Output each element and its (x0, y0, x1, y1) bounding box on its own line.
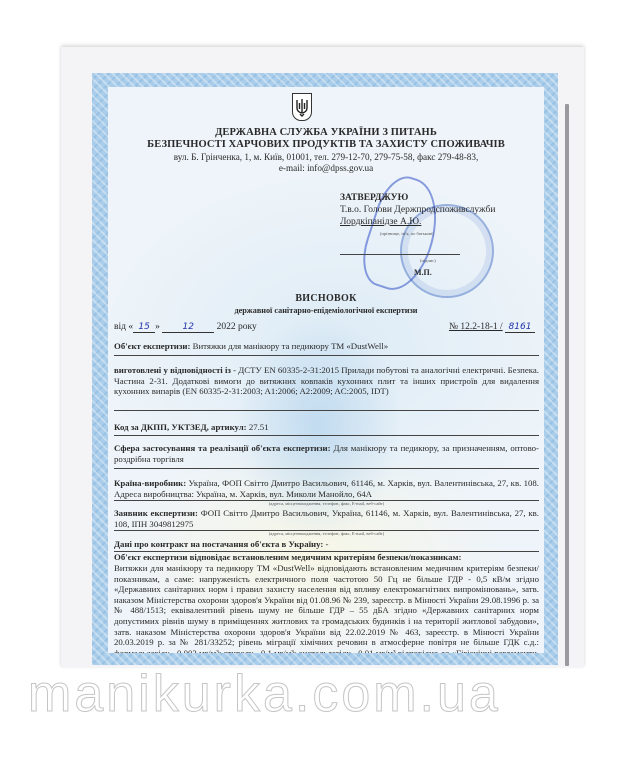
signature-caption: (підпис) (340, 255, 540, 267)
field-applicant: Заявник експертизи: ФОП Світто Дмитро Ва… (114, 508, 539, 529)
document-title: ВИСНОВОК (108, 293, 544, 304)
scope-label: Сфера застосування та реалізації об'єкта… (114, 443, 331, 453)
field-producer: Країна-виробник: Україна, ФОП Світто Дми… (114, 478, 539, 499)
divider (114, 435, 539, 436)
applicant-caption: (адреса, місцезнаходження, телефон, факс… (114, 531, 539, 536)
field-code: Код за ДКПП, УКТЗЕД, артикул: 27.51 (114, 422, 539, 433)
watermark: manikurka.com.ua (28, 668, 501, 720)
field-contract: Дані про контракт на постачання об'єкта … (114, 539, 539, 550)
date-month: 12 (162, 322, 214, 333)
document-number-value: 8161 (505, 322, 535, 333)
document-number-prefix: № 12.2-18-1 / (449, 322, 503, 332)
approval-name-caption: (прізвище, ім'я, по батькові) (340, 228, 540, 240)
org-name-line2: БЕЗПЕЧНОСТІ ХАРЧОВИХ ПРОДУКТІВ ТА ЗАХИСТ… (108, 139, 544, 151)
date-prefix: від « (114, 322, 133, 332)
object-label: Об'єкт експертизи: (114, 341, 190, 351)
org-name-line1: ДЕРЖАВНА СЛУЖБА УКРАЇНИ З ПИТАНЬ (108, 127, 544, 139)
field-object: Об'єкт експертизи: Витяжки для манікюру … (114, 341, 539, 352)
code-label: Код за ДКПП, УКТЗЕД, артикул: (114, 422, 247, 432)
producer-label: Країна-виробник: (114, 478, 186, 488)
document-number: № 12.2-18-1 / 8161 (449, 322, 535, 333)
contract-value: - (326, 539, 329, 549)
field-criteria: Об'єкт експертизи відповідає встановлени… (114, 552, 539, 563)
date-year: 2022 року (217, 322, 257, 332)
contract-label: Дані про контракт на постачання об'єкта … (114, 539, 323, 549)
date-mid: » (155, 322, 160, 332)
date-number-row: від «15» 12 2022 року № 12.2-18-1 / 8161 (114, 322, 539, 333)
made-label: виготовлені у відповідності із (114, 365, 231, 375)
approval-block: ЗАТВЕРДЖУЮ Т.в.о. Голови Держпродспоживс… (340, 192, 540, 279)
code-value: 27.51 (249, 422, 269, 432)
certificate-paper: ДЕРЖАВНА СЛУЖБА УКРАЇНИ З ПИТАНЬ БЕЗПЕЧН… (108, 87, 544, 653)
field-scope: Сфера застосування та реалізації об'єкта… (114, 443, 539, 464)
criteria-label: Об'єкт експертизи відповідає встановлени… (114, 552, 461, 562)
field-made-according: виготовлені у відповідності із - ДСТУ EN… (114, 365, 539, 397)
approval-name: Лордкіпанідзе А.Ю. (340, 216, 540, 228)
criteria-text: Витяжки для манікюру та педикюру ТМ «Dus… (114, 563, 539, 653)
trident-icon (292, 93, 312, 121)
approval-heading: ЗАТВЕРДЖУЮ (340, 192, 540, 204)
document-subtitle: державної санітарно-епідеміологічної екс… (108, 306, 544, 315)
divider (114, 355, 539, 356)
divider (114, 410, 539, 411)
producer-caption: (адреса, місцезнаходження, телефон, факс… (114, 501, 539, 506)
seal-label: М.П. (340, 267, 540, 279)
date-day: 15 (133, 322, 155, 333)
scrollbar[interactable] (565, 104, 569, 666)
org-email: e-mail: info@dpss.gov.ua (108, 163, 544, 174)
org-address: вул. Б. Грінченка, 1, м. Київ, 01001, те… (108, 152, 544, 163)
divider (114, 468, 539, 469)
object-value: Витяжки для манікюру та педикюру ТМ «Dus… (193, 341, 389, 351)
applicant-label: Заявник експертизи: (114, 508, 198, 518)
approval-position: Т.в.о. Голови Держпродспоживслужби (340, 204, 540, 216)
